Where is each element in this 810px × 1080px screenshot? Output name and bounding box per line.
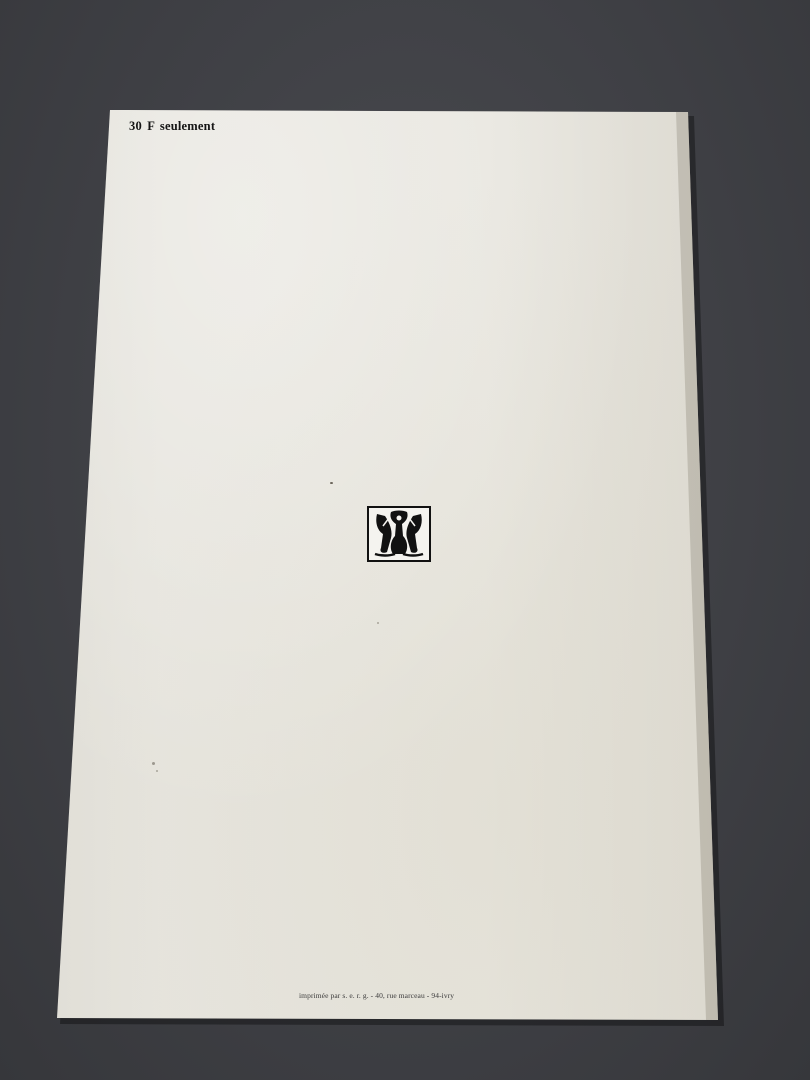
dust-speck	[377, 622, 379, 624]
dust-speck	[152, 762, 155, 765]
dust-speck	[330, 482, 333, 484]
price-label: 30 F seulement	[129, 119, 215, 134]
dust-speck	[156, 770, 158, 772]
hands-figure-emblem-icon	[367, 506, 431, 562]
printer-imprint: imprimée par s. e. r. g. - 40, rue marce…	[299, 991, 454, 1000]
